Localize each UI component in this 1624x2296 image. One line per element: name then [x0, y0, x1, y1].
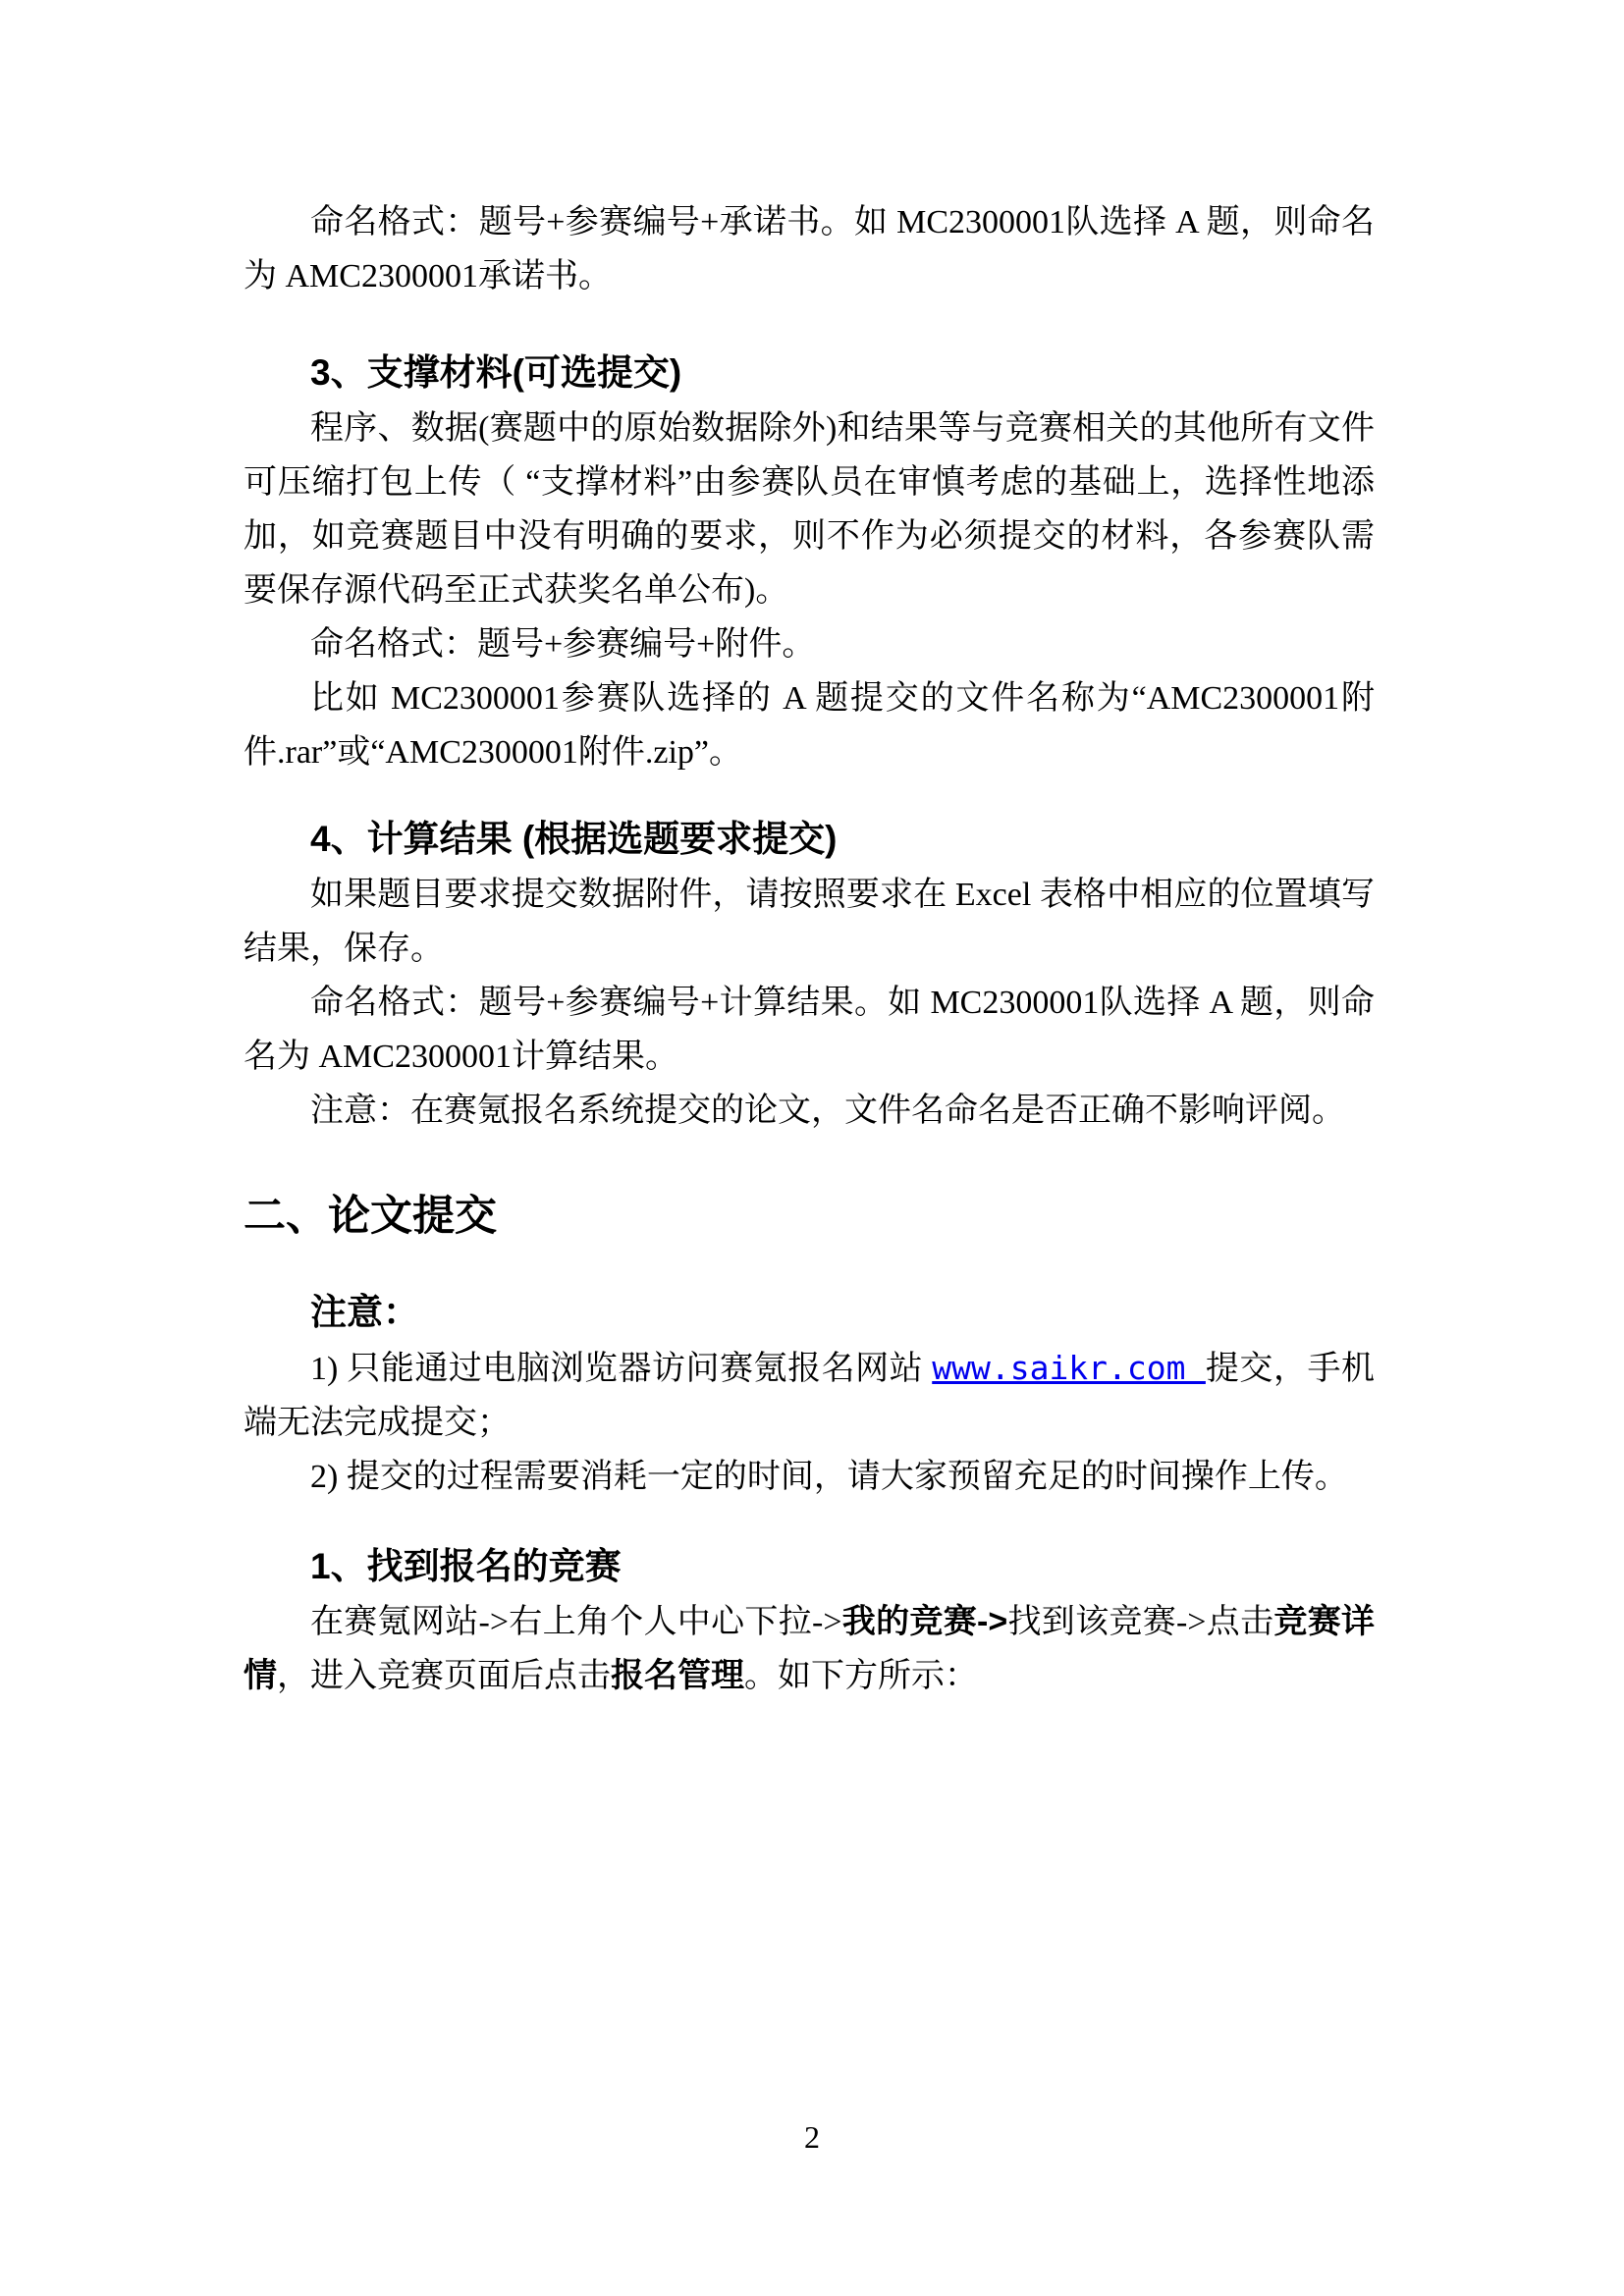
- paragraph-attachment-example: 比如 MC2300001参赛队选择的 A 题提交的文件名称为“AMC230000…: [244, 671, 1375, 779]
- paragraph-item2: 2) 提交的过程需要消耗一定的时间，请大家预留充足的时间操作上传。: [244, 1450, 1375, 1504]
- page-number: 2: [0, 2118, 1624, 2156]
- paragraph-item1: 1) 只能通过电脑浏览器访问赛氪报名网站 www.saikr.com 提交，手机…: [244, 1341, 1375, 1450]
- find-steps-segment-5: ，进入竞赛页面后点击: [277, 1658, 611, 1694]
- paragraph-support-body: 程序、数据(赛题中的原始数据除外)和结果等与竞赛相关的其他所有文件可压缩打包上传…: [244, 401, 1375, 617]
- heading-section-paper-submission: 二、论文提交: [244, 1185, 1375, 1248]
- heading-notice: 注意：: [244, 1284, 1375, 1341]
- paragraph-naming-result: 命名格式：题号+参赛编号+计算结果。如 MC2300001队选择 A 题，则命名…: [244, 976, 1375, 1084]
- find-steps-my-contests-bold: 我的竞赛->: [842, 1603, 1008, 1640]
- paragraph-naming-promise: 命名格式：题号+参赛编号+承诺书。如 MC2300001队选择 A 题，则命名为…: [244, 195, 1375, 303]
- heading-find-contest: 1、找到报名的竞赛: [244, 1538, 1375, 1595]
- heading-support-materials: 3、支撑材料(可选提交): [244, 345, 1375, 401]
- paragraph-find-contest-steps: 在赛氪网站->右上角个人中心下拉->我的竞赛->找到该竞赛->点击竞赛详情，进入…: [244, 1595, 1375, 1703]
- paragraph-result-body: 如果题目要求提交数据附件，请按照要求在 Excel 表格中相应的位置填写结果，保…: [244, 868, 1375, 976]
- item1-text-before-link: 1) 只能通过电脑浏览器访问赛氪报名网站: [310, 1351, 932, 1387]
- heading-calculation-result: 4、计算结果 (根据选题要求提交): [244, 811, 1375, 868]
- paragraph-naming-attachment: 命名格式：题号+参赛编号+附件。: [244, 617, 1375, 671]
- find-steps-segment-1: 在赛氪网站->右上角个人中心下拉->: [310, 1604, 842, 1640]
- saikr-website-link[interactable]: www.saikr.com: [932, 1349, 1206, 1387]
- find-steps-segment-3: 找到该竞赛->点击: [1007, 1604, 1273, 1640]
- find-steps-segment-7: 。如下方所示：: [744, 1658, 978, 1694]
- paragraph-note-review: 注意：在赛氪报名系统提交的论文，文件名命名是否正确不影响评阅。: [244, 1084, 1375, 1138]
- find-steps-registration-manage-bold: 报名管理: [611, 1657, 744, 1694]
- document-page: 命名格式：题号+参赛编号+承诺书。如 MC2300001队选择 A 题，则命名为…: [0, 0, 1624, 2296]
